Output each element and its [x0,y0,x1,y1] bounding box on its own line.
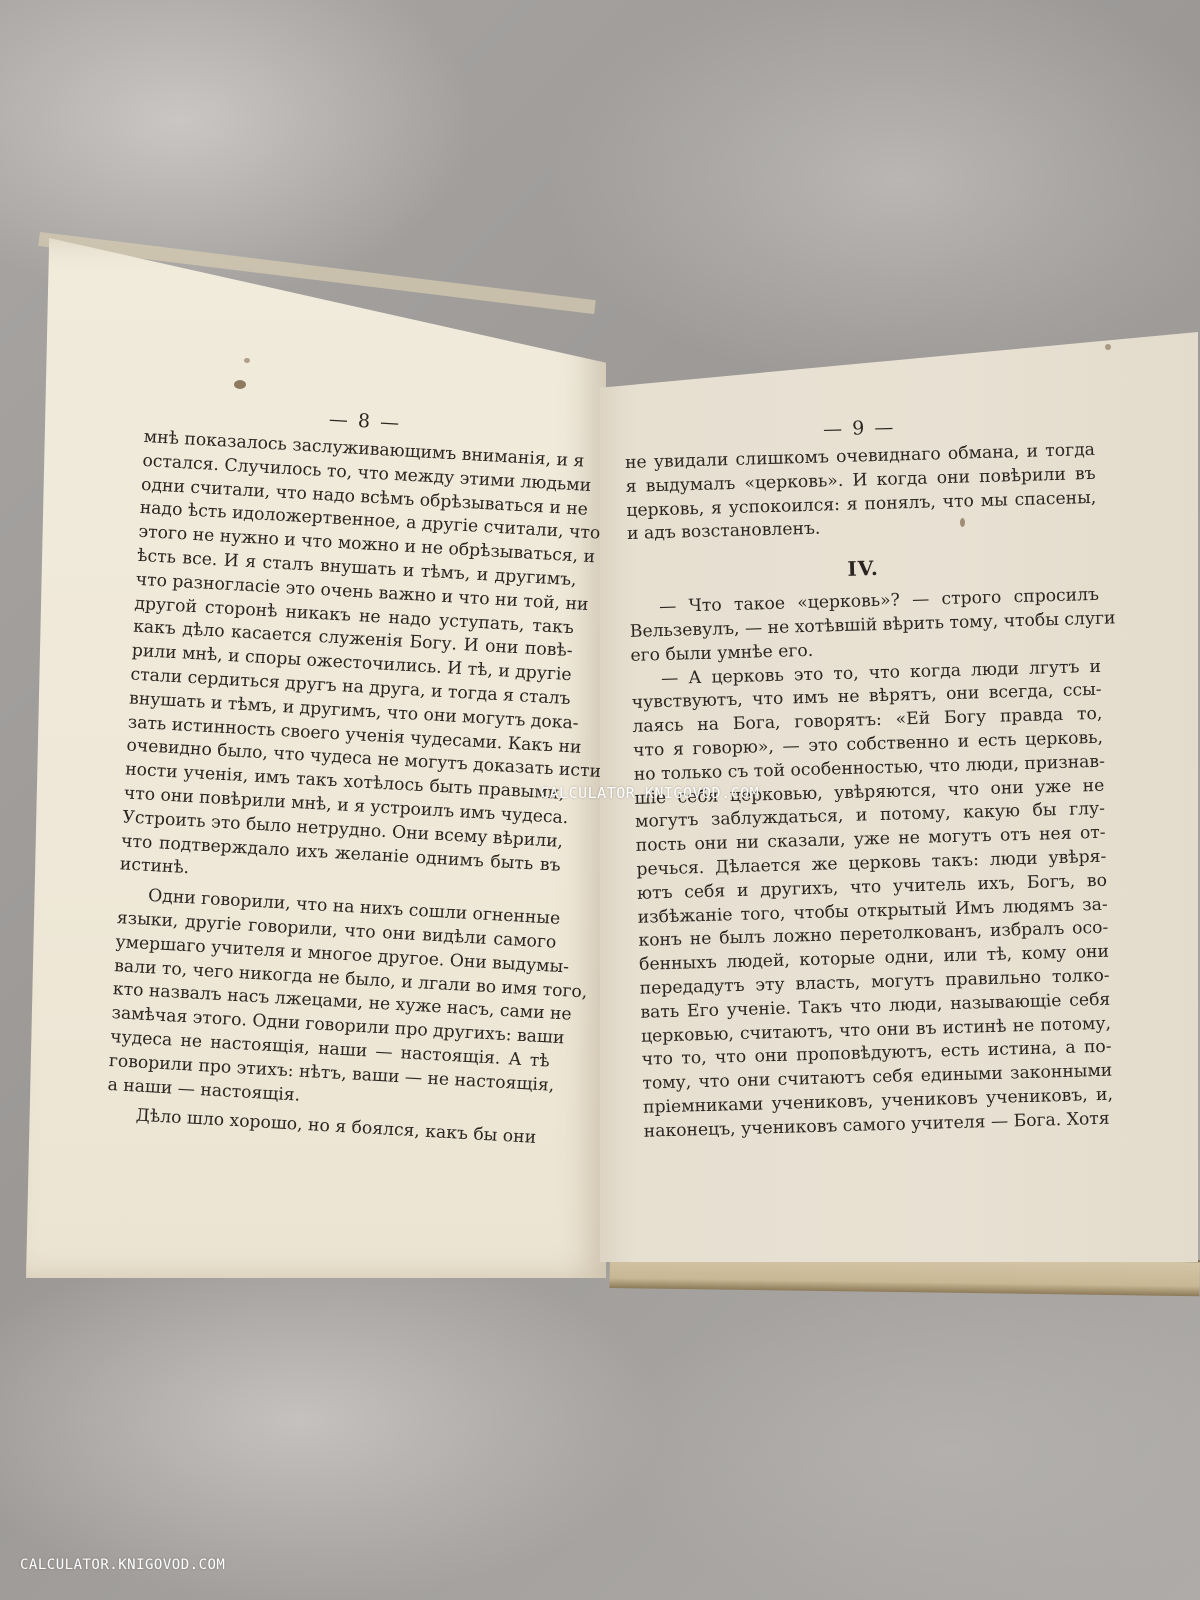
left-page-text: — 8 — мнѣ показалось заслуживающимъ вним… [105,398,585,1152]
open-book: — 8 — мнѣ показалось заслуживающимъ вним… [0,0,1200,1600]
left-page: — 8 — мнѣ показалось заслуживающимъ вним… [26,238,606,1278]
right-paragraph-3: — А церковь это то, что когда люди лгутъ… [631,655,1114,1144]
watermark-center: CALCULATOR.KNIGOVOD.COM [540,784,759,802]
left-paragraph-1: мнѣ показалось заслуживающимъ вниманія, … [119,426,584,902]
watermark-corner: CALCULATOR.KNIGOVOD.COM [20,1557,225,1573]
right-page-text: — 9 — не увидали слишкомъ очевиднаго обм… [624,411,1114,1144]
right-paragraph-2: — Что такое «церковь»? — строго спросилъ… [629,584,1101,668]
chapter-heading: IV. [628,550,1098,587]
right-paragraph-1: не увидали слишкомъ очевиднаго обмана, и… [625,439,1097,547]
left-paragraph-2: Одни говорили, что на нихъ сошли огненны… [107,883,558,1121]
paper-stain [1105,344,1111,350]
paper-stain [234,380,246,389]
paper-stain [244,358,250,363]
